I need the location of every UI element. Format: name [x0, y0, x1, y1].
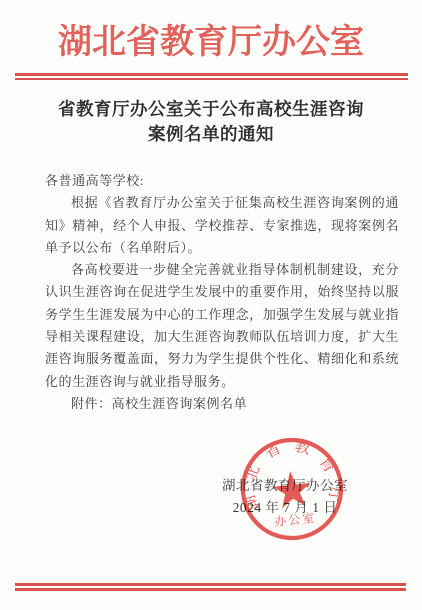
seal-office-text: 办公室 — [274, 510, 317, 529]
letterhead-org-name: 湖北省教育厅办公室 — [0, 0, 422, 63]
body-paragraph: 各高校要进一步健全完善就业指导体制机制建设，充分认识生涯咨询在促进学生发展中的重… — [45, 259, 399, 393]
body-paragraph: 根据《省教育厅办公室关于征集高校生涯咨询案例的通知》精神，经个人申报、学校推荐、… — [45, 192, 399, 259]
document-title-line2: 案例名单的通知 — [148, 124, 274, 144]
document-page: 湖北省教育厅办公室 省教育厅办公室关于公布高校生涯咨询 案例名单的通知 各普通高… — [0, 0, 422, 610]
document-title: 省教育厅办公室关于公布高校生涯咨询 案例名单的通知 — [0, 97, 422, 147]
attachment-line: 附件：高校生涯咨询案例名单 — [45, 393, 399, 415]
document-body: 各普通高等学校: 根据《省教育厅办公室关于征集高校生涯咨询案例的通知》精神，经个… — [45, 170, 399, 415]
star-icon — [271, 469, 313, 509]
document-title-line1: 省教育厅办公室关于公布高校生涯咨询 — [58, 99, 364, 119]
header-divider-line — [15, 73, 408, 80]
salutation: 各普通高等学校: — [45, 170, 399, 192]
official-seal: 湖北省教育厅 办公室 — [230, 427, 354, 551]
footer-divider-line — [15, 583, 406, 591]
